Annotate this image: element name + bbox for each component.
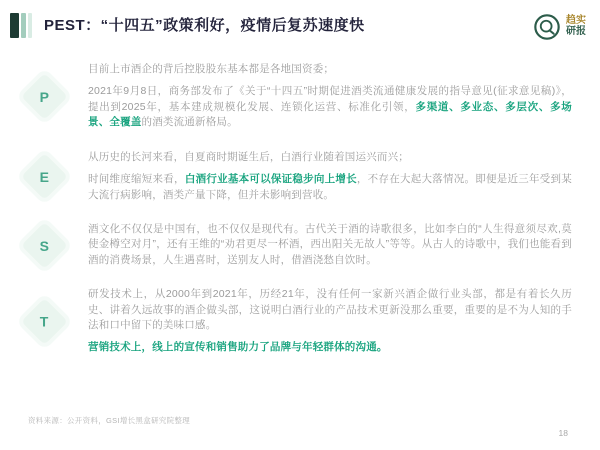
body-text: 的酒类流通新格局。 <box>142 116 238 128</box>
brand-name: 趋实 研报 <box>566 16 586 38</box>
paragraph: 酒文化不仅仅是中国有，也不仅仅是现代有。古代关于酒的诗歌很多，比如李白的“人生得… <box>88 222 572 268</box>
paragraph: 研发技术上，从2000年到2021年，历经21年，没有任何一家新兴酒企做行业头部… <box>88 287 572 333</box>
diamond-badge-p: P <box>21 73 68 120</box>
report-slide: PEST：“十四五”政策利好，疫情后复苏速度快 趋实 研报 P <box>0 0 600 450</box>
section-letter: E <box>39 168 48 184</box>
slide-header: PEST：“十四五”政策利好，疫情后复苏速度快 趋实 研报 <box>0 0 600 46</box>
section-badge-col: T <box>0 305 88 338</box>
section-badge-col: E <box>0 160 88 193</box>
accent-bar-mid <box>21 13 26 38</box>
diamond-badge-t: T <box>21 298 68 345</box>
body-text: 研发技术上，从2000年到2021年，历经21年，没有任何一家新兴酒企做行业头部… <box>88 288 572 331</box>
body-text: 从历史的长河来看，自夏商时期诞生后，白酒行业随着国运兴而兴； <box>88 151 409 163</box>
brand-name-bottom: 研报 <box>566 27 586 38</box>
highlighted-text: 营销技术上，线上的宣传和销售助力了品牌与年轻群体的沟通。 <box>88 341 388 353</box>
section-letter: T <box>40 314 49 330</box>
section-political: P 目前上市酒企的背后控股股东基本都是各地国资委；2021年9月8日，商务部发布… <box>0 62 600 131</box>
accent-bar-light <box>28 13 32 38</box>
paragraph: 目前上市酒企的背后控股股东基本都是各地国资委； <box>88 62 572 77</box>
page-number: 18 <box>559 428 568 438</box>
paragraph: 2021年9月8日，商务部发布了《关于“十四五”时期促进酒类流通健康发展的指导意… <box>88 84 572 130</box>
paragraph: 从历史的长河来看，自夏商时期诞生后，白酒行业随着国运兴而兴； <box>88 150 572 165</box>
body-text: 时间维度缩短来看， <box>88 173 185 185</box>
diamond-badge-e: E <box>21 153 68 200</box>
highlighted-text: 白酒行业基本可以保证稳步向上增长 <box>185 173 357 185</box>
section-economic: E 从历史的长河来看，自夏商时期诞生后，白酒行业随着国运兴而兴；时间维度缩短来看… <box>0 150 600 203</box>
body-text: 目前上市酒企的背后控股股东基本都是各地国资委； <box>88 63 334 75</box>
section-paragraphs: 从历史的长河来看，自夏商时期诞生后，白酒行业随着国运兴而兴；时间维度缩短来看，白… <box>88 150 600 203</box>
section-paragraphs: 目前上市酒企的背后控股股东基本都是各地国资委；2021年9月8日，商务部发布了《… <box>88 62 600 131</box>
body-text: 酒文化不仅仅是中国有，也不仅仅是现代有。古代关于酒的诗歌很多，比如李白的“人生得… <box>88 223 572 266</box>
section-letter: P <box>39 88 48 104</box>
section-technological: T 研发技术上，从2000年到2021年，历经21年，没有任何一家新兴酒企做行业… <box>0 287 600 356</box>
section-social: S 酒文化不仅仅是中国有，也不仅仅是现代有。古代关于酒的诗歌很多，比如李白的“人… <box>0 222 600 268</box>
section-letter: S <box>39 237 48 253</box>
pest-sections: P 目前上市酒企的背后控股股东基本都是各地国资委；2021年9月8日，商务部发布… <box>0 46 600 356</box>
diamond-badge-s: S <box>21 222 68 269</box>
slide-title: PEST：“十四五”政策利好，疫情后复苏速度快 <box>44 14 532 35</box>
section-paragraphs: 研发技术上，从2000年到2021年，历经21年，没有任何一家新兴酒企做行业头部… <box>88 287 600 356</box>
section-badge-col: P <box>0 80 88 113</box>
accent-bar-dark <box>10 13 19 38</box>
brand-logo: 趋实 研报 <box>532 12 586 42</box>
section-badge-col: S <box>0 229 88 262</box>
paragraph: 营销技术上，线上的宣传和销售助力了品牌与年轻群体的沟通。 <box>88 340 572 355</box>
title-accent-bars <box>10 13 32 38</box>
paragraph: 时间维度缩短来看，白酒行业基本可以保证稳步向上增长，不存在大起大落情况。即便是近… <box>88 172 572 203</box>
section-paragraphs: 酒文化不仅仅是中国有，也不仅仅是现代有。古代关于酒的诗歌很多，比如李白的“人生得… <box>88 222 600 268</box>
logo-mark-icon <box>532 12 562 42</box>
footer-source: 资料来源：公开资料，GSI增长黑盒研究院整理 <box>28 415 190 426</box>
